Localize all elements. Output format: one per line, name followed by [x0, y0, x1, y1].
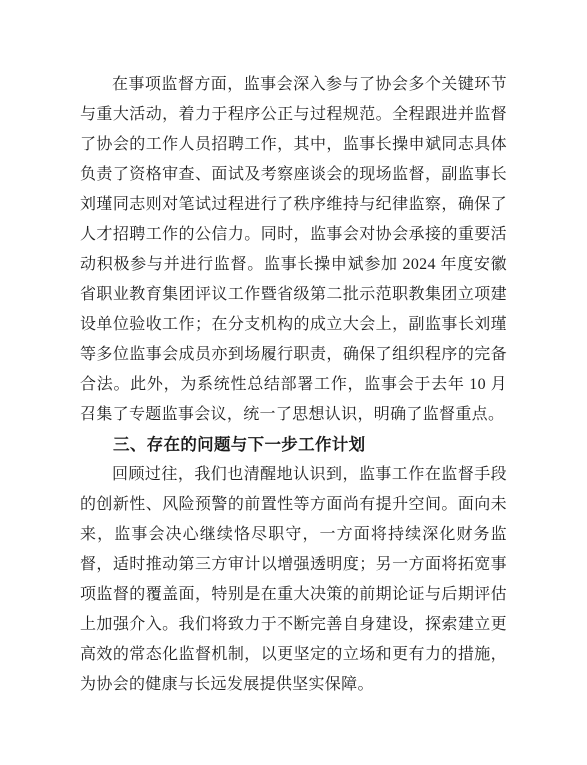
- document-page: 在事项监督方面，监事会深入参与了协会多个关键环节与重大活动，着力于程序公正与过程…: [0, 0, 587, 765]
- paragraph-problems-and-plan: 回顾过往，我们也清醒地认识到，监事工作在监督手段的创新性、风险预警的前置性等方面…: [80, 460, 507, 700]
- section-heading-problems-and-plan: 三、存在的问题与下一步工作计划: [80, 430, 507, 460]
- paragraph-supervision-matters: 在事项监督方面，监事会深入参与了协会多个关键环节与重大活动，着力于程序公正与过程…: [80, 70, 507, 430]
